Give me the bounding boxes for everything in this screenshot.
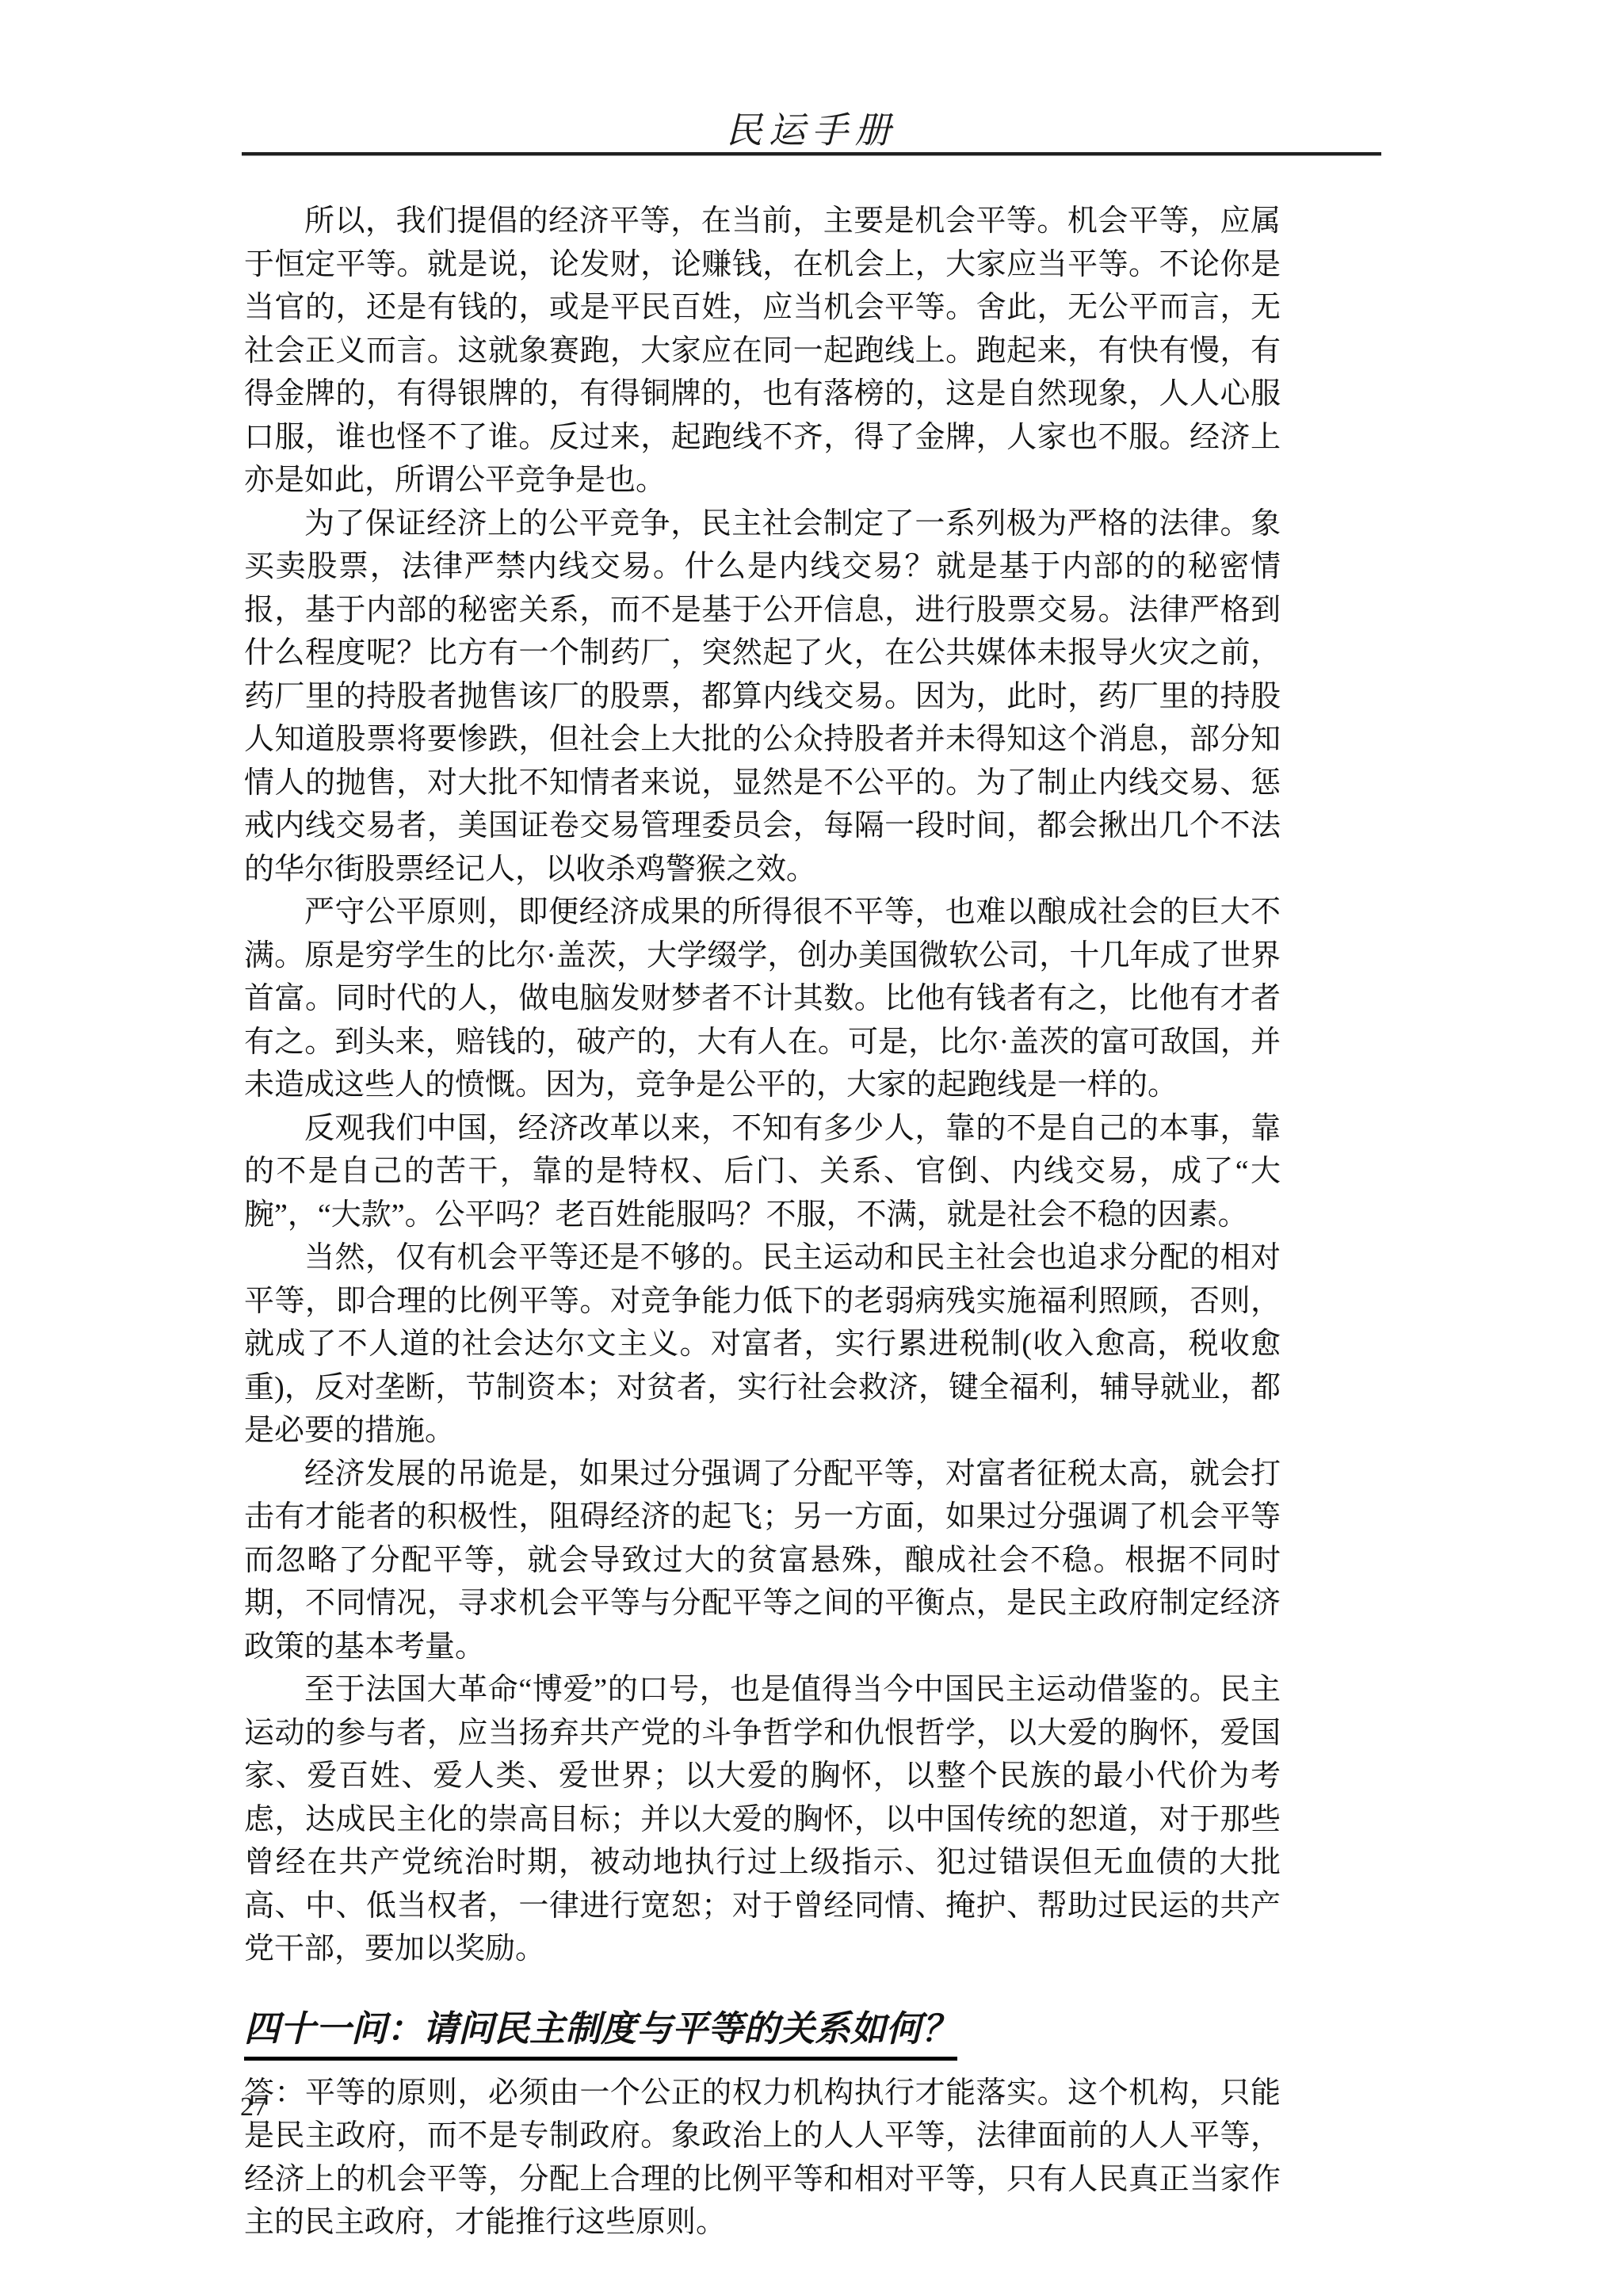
- document-body: 所以，我们提倡的经济平等，在当前，主要是机会平等。机会平等，应属于恒定平等。就是…: [244, 200, 1281, 2244]
- paragraph: 至于法国大革命“博爱”的口号，也是值得当今中国民主运动借鉴的。民主运动的参与者，…: [244, 1668, 1281, 1971]
- paragraph: 反观我们中国，经济改革以来，不知有多少人，靠的不是自己的本事，靠的不是自己的苦干…: [244, 1107, 1281, 1237]
- paragraph: 严守公平原则，即便经济成果的所得很不平等，也难以酿成社会的巨大不满。原是穷学生的…: [244, 891, 1281, 1107]
- paragraph: 当然，仅有机会平等还是不够的。民主运动和民主社会也追求分配的相对平等，即合理的比…: [244, 1236, 1281, 1453]
- answer-block: 答：平等的原则，必须由一个公正的权力机构执行才能落实。这个机构，只能是民主政府，…: [244, 2072, 1281, 2244]
- running-header-title: 民运手册: [0, 101, 1623, 154]
- question-heading-text: 四十一问：请问民主制度与平等的关系如何？: [244, 2008, 957, 2061]
- answer-paragraph: 答：平等的原则，必须由一个公正的权力机构执行才能落实。这个机构，只能是民主政府，…: [244, 2072, 1281, 2244]
- document-page: 民运手册 所以，我们提倡的经济平等，在当前，主要是机会平等。机会平等，应属于恒定…: [0, 0, 1623, 2296]
- paragraph: 所以，我们提倡的经济平等，在当前，主要是机会平等。机会平等，应属于恒定平等。就是…: [244, 200, 1281, 502]
- header-rule: [242, 152, 1381, 156]
- paragraph: 为了保证经济上的公平竞争，民主社会制定了一系列极为严格的法律。象买卖股票，法律严…: [244, 502, 1281, 892]
- question-heading: 四十一问：请问民主制度与平等的关系如何？: [244, 2008, 1281, 2061]
- page-number: 27: [240, 2092, 267, 2122]
- paragraph: 经济发展的吊诡是，如果过分强调了分配平等，对富者征税太高，就会打击有才能者的积极…: [244, 1453, 1281, 1669]
